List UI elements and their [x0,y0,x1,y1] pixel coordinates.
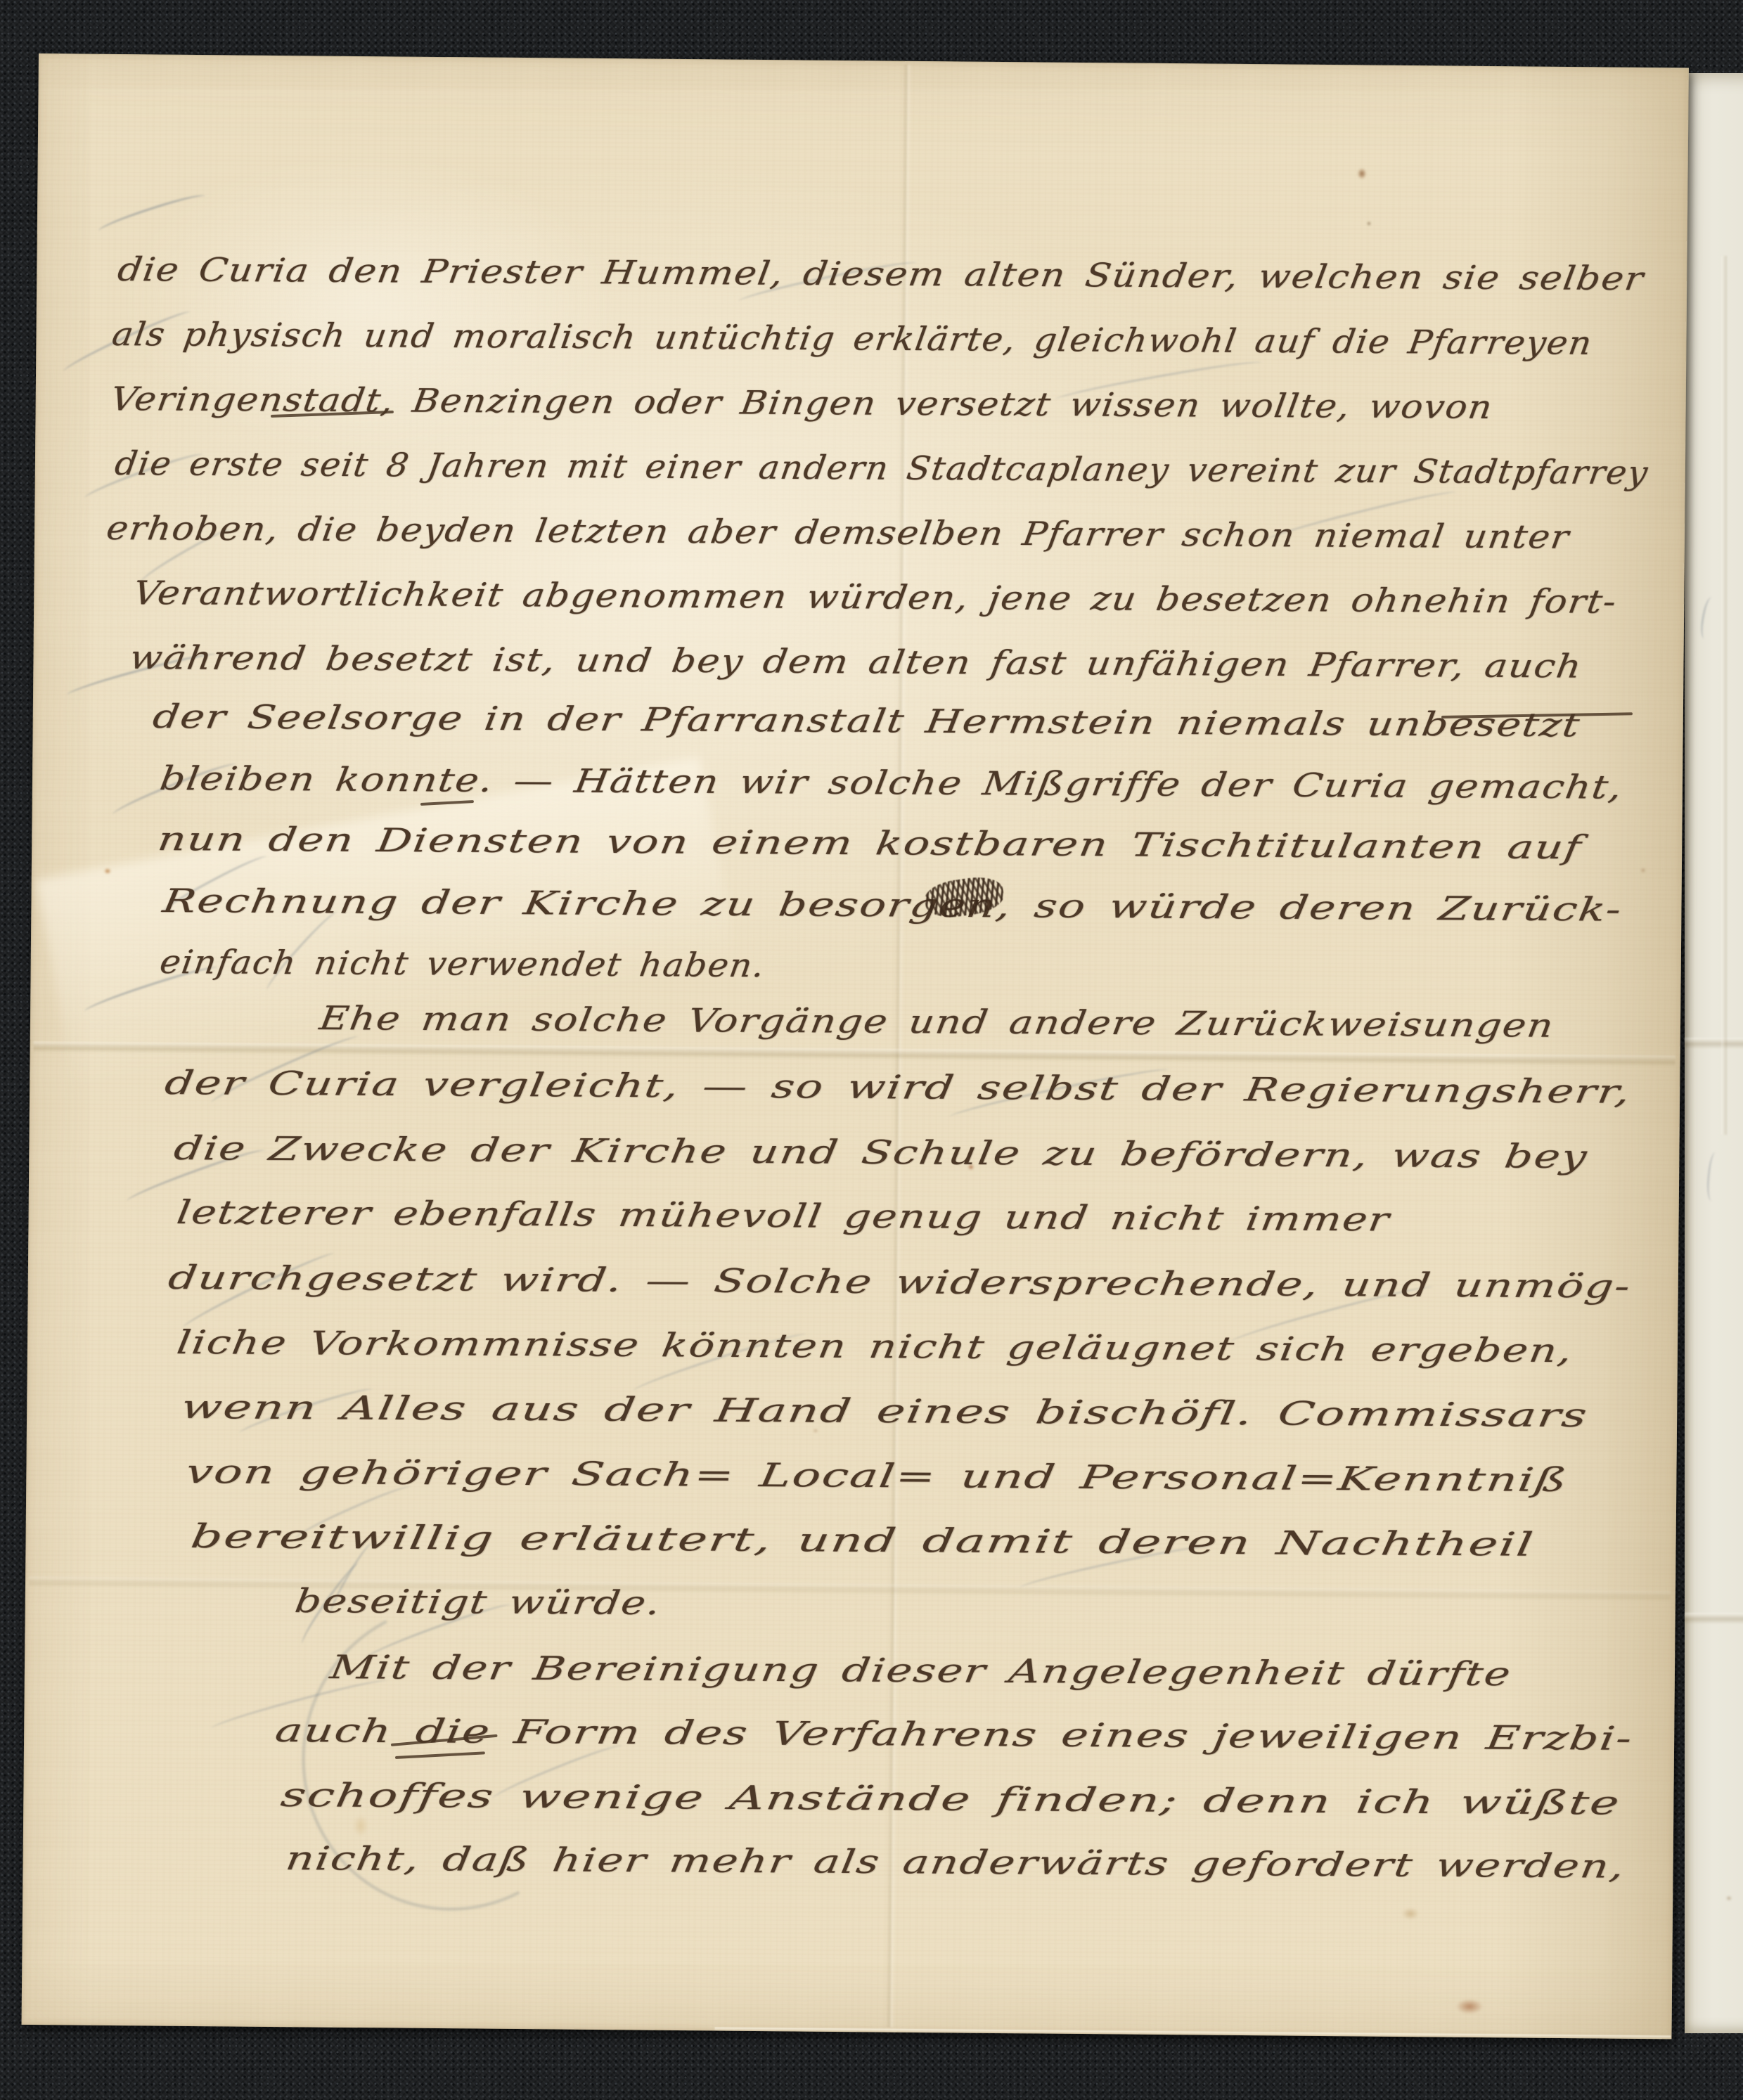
fold-crease [34,1041,1676,1067]
fold-crease [1721,256,1727,1135]
handwriting-line: beseitigt würde. [292,1582,664,1622]
paper-stain [1451,1996,1488,2017]
fold-crease [1685,1613,1743,1624]
scan-photo: die Curia den Priester Hummel, diesem al… [0,0,1743,2100]
paper-stain [1366,221,1372,226]
handwriting-line: Ehe man solche Vorgänge und andere Zurüc… [317,999,1557,1045]
paper-stain [1725,1895,1733,1902]
handwriting-line: einfach nicht verwendet haben. [157,943,768,984]
paper-stain [1640,867,1647,874]
handwriting-line: Mit der Bereinigung dieser Angelegenheit… [328,1648,1514,1693]
paper-stain [103,867,112,875]
fold-crease [1685,1038,1743,1049]
handwriting-line: letzterer ebenfalls mühevoll genug und n… [174,1193,1393,1238]
fold-crease [29,1576,1671,1602]
paper-stain [350,1810,371,1841]
paper-stain [1398,1905,1422,1922]
second-leaf-edge [1685,73,1743,2033]
paper-stain [1356,166,1368,181]
